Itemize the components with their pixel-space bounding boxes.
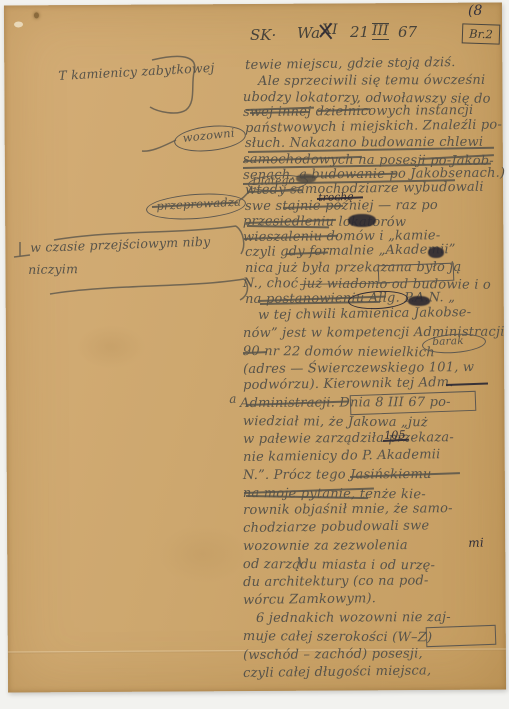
inline-insert: 105	[384, 428, 406, 442]
inline-insert: a	[229, 392, 237, 406]
inline-insert: trochę	[318, 191, 354, 204]
inline-insert: mi	[468, 535, 484, 550]
scanned-manuscript-page: SK· Wa XI 21 III 67 (8 Br.2 tewie miejsc…	[0, 0, 509, 709]
inline-inserts-layer: Dlategotrochębarak105ami	[0, 0, 509, 709]
inline-insert: Dlatego	[252, 175, 295, 188]
inline-insert: barak	[432, 335, 464, 348]
